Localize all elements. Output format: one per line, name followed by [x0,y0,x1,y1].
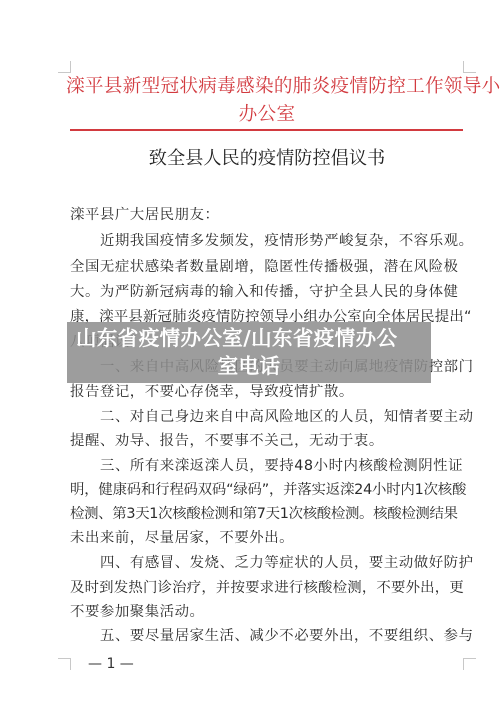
corner-mark-top-left [58,61,71,73]
list-item-3: 三、所有来滦返滦人员，要持48小时内核酸检测阴性证 [100,456,463,476]
red-header-title-line1: 滦平县新型冠状病毒感染的肺炎疫情防控工作领导小组 [66,73,468,101]
body-line: 全国无症状感染者数量剧增，隐匿性传播极强，潜在风险极 [70,257,458,277]
overlay-title-banner: 山东省疫情办公室/山东省疫情办公 室电话 [67,322,431,383]
banner-title-line2: 室电话 [67,353,431,379]
list-item-2: 二、对自己身边来自中高风险地区的人员，知情者要主动 [100,407,474,427]
body-line: 不要参加聚集活动。 [70,602,204,622]
body-line: 大。为严防新冠病毒的输入和传播，守护全县人民的身体健 [70,282,458,302]
list-item-5: 五、要尽量居家生活、减少不必要外出，不要组织、参与 [100,626,474,646]
banner-title-line1: 山东省疫情办公室/山东省疫情办公 [76,325,440,351]
document-title: 致全县人民的疫情防控倡议书 [66,146,468,172]
red-header-title-line2: 办公室 [66,101,468,129]
body-line: 未出来前，尽量居家，不要外出。 [70,528,294,548]
corner-mark-bottom-right [463,658,476,670]
page-number: — 1 — [88,656,134,672]
corner-mark-bottom-left [58,658,71,670]
body-line: 报告登记，不要心存侥幸，导致疫情扩散。 [70,382,354,402]
body-line: 提醒、劝导、报告，不要事不关己，无动于衷。 [70,431,384,451]
body-line: 及时到发热门诊治疗，并按要求进行核酸检测，不要外出，更 [70,578,464,598]
body-line: 近期我国疫情多发频发，疫情形势严峻复杂，不容乐观。 [100,231,474,251]
body-line: 检测、第3天1次核酸检测和第7天1次核酸检测。核酸检测结果 [70,504,458,524]
body-line: 明，健康码和行程码双码“绿码”，并落实返滦24小时内1次核酸 [70,480,466,500]
salutation: 滦平县广大居民朋友： [70,205,219,225]
red-header-rule [70,129,463,131]
corner-mark-top-right [463,61,476,73]
list-item-4: 四、有感冒、发烧、乏力等症状的人员，要主动做好防护 [100,553,474,573]
